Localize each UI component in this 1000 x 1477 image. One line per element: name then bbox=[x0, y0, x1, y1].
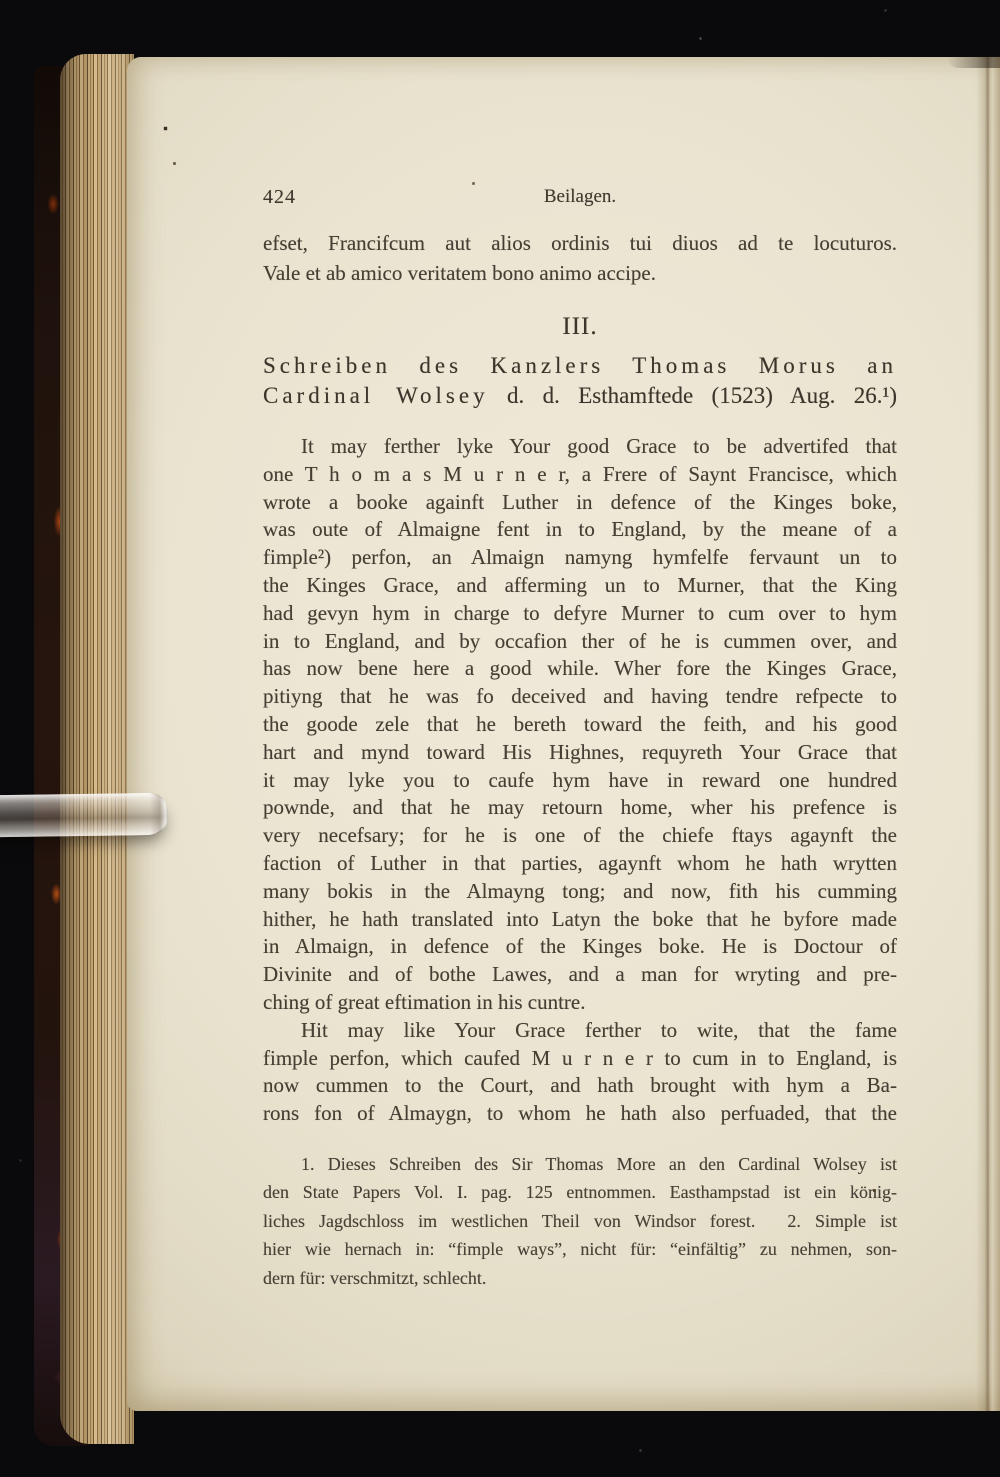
body-line: had gevyn hym in charge to defyre Murner… bbox=[263, 600, 897, 628]
footnote-line: den State Papers Vol. I. pag. 125 entnom… bbox=[263, 1178, 897, 1206]
footnote-line: 1. Dieses Schreiben des Sir Thomas More … bbox=[263, 1150, 897, 1178]
body-line: ching of great eftimation in his cuntre. bbox=[263, 989, 897, 1017]
body-line: in Almaign, in defence of the Kinges bok… bbox=[263, 933, 897, 961]
body-line: hither, he hath translated into Latyn th… bbox=[263, 906, 897, 934]
running-header: Beilagen. bbox=[263, 186, 897, 208]
body-line: has now bene here a good while. Wher for… bbox=[263, 655, 897, 683]
body-line: wrote a booke againft Luther in defence … bbox=[263, 489, 897, 517]
page-crease bbox=[976, 57, 1000, 1411]
body-line: hart and mynd toward His Highnes, requyr… bbox=[263, 739, 897, 767]
body-line: It may ferther lyke Your good Grace to b… bbox=[263, 433, 897, 461]
body-line: faction of Luther in that parties, agayn… bbox=[263, 850, 897, 878]
footnote-line: dern für: verschmitzt, schlecht. bbox=[263, 1264, 897, 1292]
body-line: the goode zele that he bereth toward the… bbox=[263, 711, 897, 739]
letter-heading: Schreiben des Kanzlers Thomas Morus an C… bbox=[263, 351, 897, 411]
page-number: 424 bbox=[263, 186, 296, 209]
body-line: fimple perfon, which caufed M u r n e r … bbox=[263, 1045, 897, 1073]
heading-line: Schreiben des Kanzlers Thomas Morus an bbox=[263, 351, 897, 381]
running-head-row: 424 Beilagen. bbox=[263, 186, 897, 212]
body-line: in to England, and by occafion ther of h… bbox=[263, 628, 897, 656]
foxing-specks bbox=[127, 57, 128, 58]
text-line: efset, Francifcum aut alios ordinis tui … bbox=[263, 228, 897, 258]
body-line: Hit may like Your Grace ferther to wite,… bbox=[263, 1017, 897, 1045]
body-line: rons fon of Almaygn, to whom he hath als… bbox=[263, 1100, 897, 1128]
body-line: Divinite and of bothe Lawes, and a man f… bbox=[263, 961, 897, 989]
body-line: it may lyke you to caufe hym have in rew… bbox=[263, 767, 897, 795]
body-line: the Kinges Grace, and afferming un to Mu… bbox=[263, 572, 897, 600]
fore-edge-page-stack bbox=[60, 54, 134, 1444]
section-number: III. bbox=[263, 313, 897, 341]
body-line: pitiyng that he was fo deceived and havi… bbox=[263, 683, 897, 711]
body-line: very necefsary; for he is one of the chi… bbox=[263, 822, 897, 850]
glass-page-weight-rod bbox=[0, 793, 168, 837]
heading-date-part: d. d. Esthamftede (1523) Aug. 26.¹) bbox=[507, 383, 897, 408]
latin-paragraph: efset, Francifcum aut alios ordinis tui … bbox=[263, 228, 897, 288]
page-corner-shadow bbox=[948, 56, 1000, 68]
body-line: many bokis in the Almayng tong; and now,… bbox=[263, 878, 897, 906]
book-page: 424 Beilagen. efset, Francifcum aut alio… bbox=[127, 57, 1000, 1411]
footnote-line: hier wie hernach in: “fimple ways”, nich… bbox=[263, 1235, 897, 1263]
body-line: was oute of Almaigne fent in to England,… bbox=[263, 516, 897, 544]
footnote-line: liches Jagdschloss im westlichen Theil v… bbox=[263, 1207, 897, 1235]
footnote-block: 1. Dieses Schreiben des Sir Thomas More … bbox=[263, 1150, 897, 1292]
heading-spaced-name: Cardinal Wolsey bbox=[263, 383, 489, 408]
body-line: fimple²) perfon, an Almaign namyng hymfe… bbox=[263, 544, 897, 572]
letter-body: It may ferther lyke Your good Grace to b… bbox=[263, 433, 897, 1128]
heading-line: Cardinal Wolsey d. d. Esthamftede (1523)… bbox=[263, 381, 897, 411]
body-line: pownde, and that he may retourn home, wh… bbox=[263, 794, 897, 822]
body-line: now cummen to the Court, and hath brough… bbox=[263, 1072, 897, 1100]
text-line: Vale et ab amico veritatem bono animo ac… bbox=[263, 258, 897, 288]
book-photograph: { "colors": { "background": "#0a0a0c", "… bbox=[0, 0, 1000, 1477]
body-line: one T h o m a s M u r n e r, a Frere of … bbox=[263, 461, 897, 489]
